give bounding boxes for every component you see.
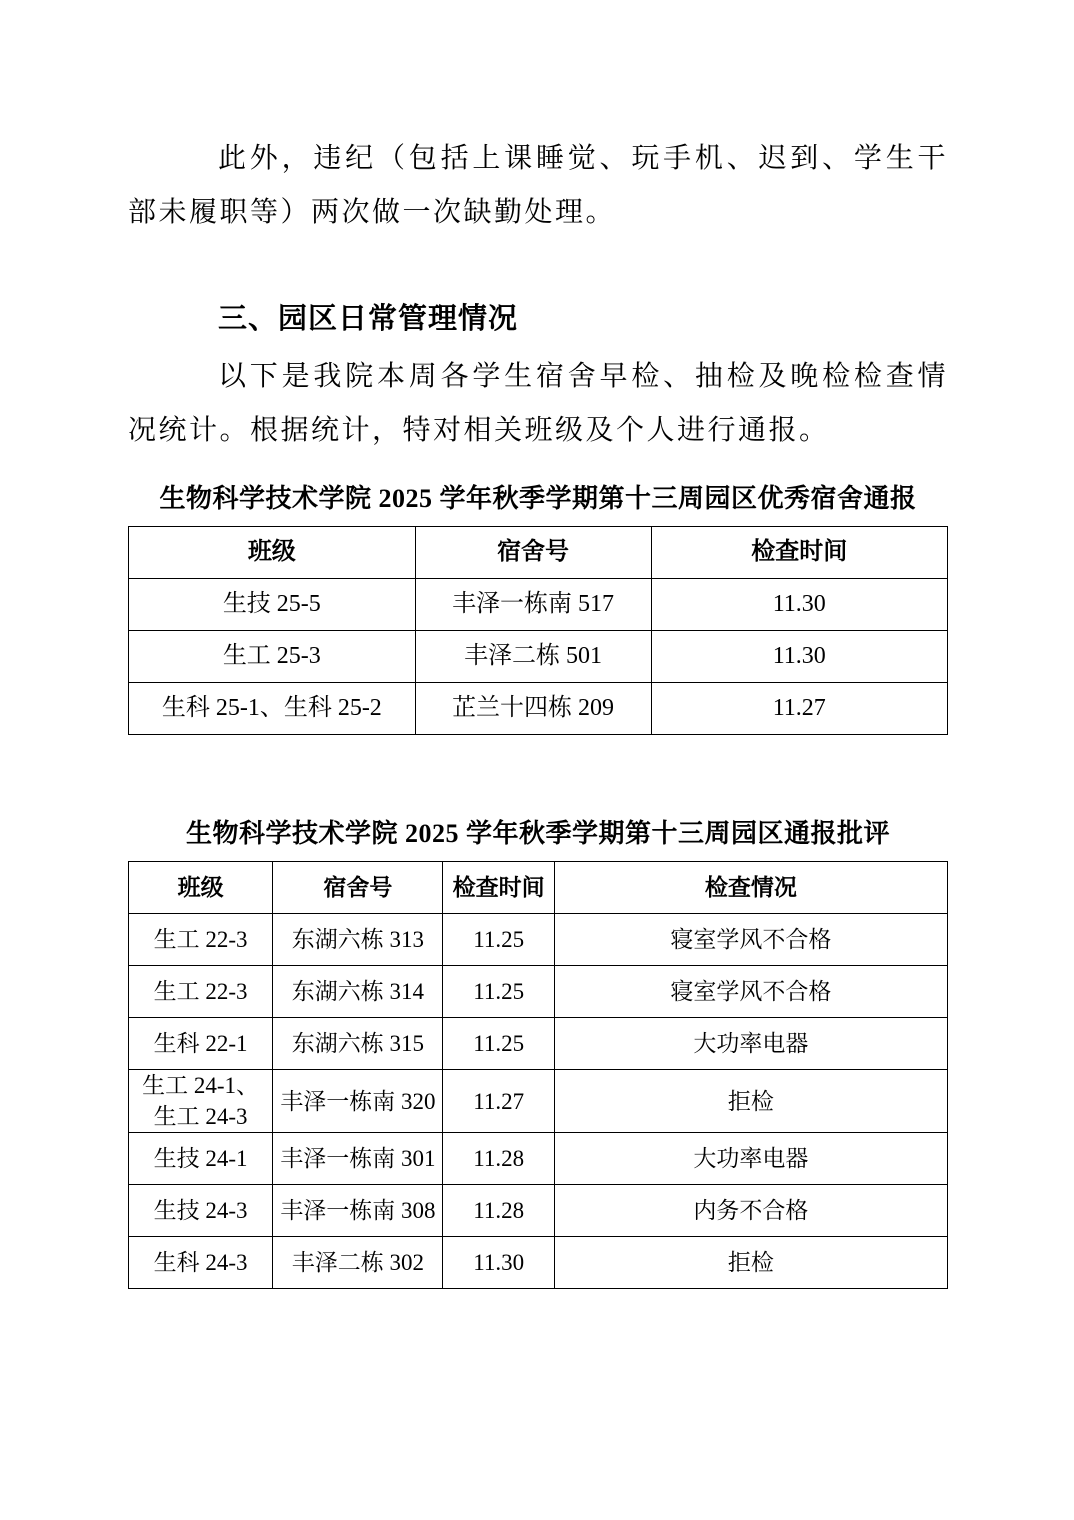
section-heading: 三、园区日常管理情况 [128,292,948,346]
table-cell: 东湖六栋 313 [273,914,443,966]
excellent-dorm-table: 班级 宿舍号 检查时间 生技 25-5丰泽一栋南 51711.30生工 25-3… [128,526,948,735]
table-cell: 11.27 [651,683,948,735]
column-header-check-result: 检查情况 [554,862,947,914]
table-cell: 大功率电器 [554,1018,947,1070]
table-row: 生工 24-1、生工 24-3丰泽一栋南 32011.27拒检 [129,1070,948,1133]
criticism-table-title: 生物科学技术学院 2025 学年秋季学期第十三周园区通报批评 [128,813,948,855]
document-page: 此外，违纪（包括上课睡觉、玩手机、迟到、学生干部未履职等）两次做一次缺勤处理。 … [0,0,1074,1520]
column-header-check-time: 检查时间 [443,862,554,914]
table-row: 生工 22-3东湖六栋 31411.25寝室学风不合格 [129,966,948,1018]
table-cell: 生工 24-1、生工 24-3 [129,1070,273,1133]
table-cell: 丰泽二栋 302 [273,1237,443,1289]
table-header-row: 班级 宿舍号 检查时间 [129,527,948,579]
table-cell: 丰泽一栋南 517 [415,579,651,631]
paragraph-intro: 以下是我院本周各学生宿舍早检、抽检及晚检检查情况统计。根据统计，特对相关班级及个… [128,350,948,458]
table-cell: 丰泽一栋南 320 [273,1070,443,1133]
table-cell: 大功率电器 [554,1133,947,1185]
table-cell: 11.28 [443,1185,554,1237]
table-cell: 东湖六栋 315 [273,1018,443,1070]
table-cell: 11.30 [651,631,948,683]
column-header-dorm-number: 宿舍号 [415,527,651,579]
table-cell: 11.27 [443,1070,554,1133]
table-cell: 生科 25-1、生科 25-2 [129,683,416,735]
table-cell: 芷兰十四栋 209 [415,683,651,735]
table-cell: 生技 24-1 [129,1133,273,1185]
table-row: 生工 22-3东湖六栋 31311.25寝室学风不合格 [129,914,948,966]
table-cell: 丰泽一栋南 308 [273,1185,443,1237]
table-cell: 11.25 [443,1018,554,1070]
table-cell: 丰泽二栋 501 [415,631,651,683]
table-cell: 丰泽一栋南 301 [273,1133,443,1185]
excellent-table-title: 生物科学技术学院 2025 学年秋季学期第十三周园区优秀宿舍通报 [128,478,948,520]
table-cell: 生科 24-3 [129,1237,273,1289]
table-cell: 11.30 [651,579,948,631]
paragraph-discipline: 此外，违纪（包括上课睡觉、玩手机、迟到、学生干部未履职等）两次做一次缺勤处理。 [128,132,948,240]
column-header-class: 班级 [129,527,416,579]
column-header-dorm-number: 宿舍号 [273,862,443,914]
table-cell: 生工 22-3 [129,914,273,966]
table-cell: 拒检 [554,1237,947,1289]
table-cell: 寝室学风不合格 [554,966,947,1018]
table-cell: 内务不合格 [554,1185,947,1237]
table-row: 生科 24-3丰泽二栋 30211.30拒检 [129,1237,948,1289]
table-cell: 寝室学风不合格 [554,914,947,966]
table-row: 生技 25-5丰泽一栋南 51711.30 [129,579,948,631]
table-cell: 生工 25-3 [129,631,416,683]
table-cell: 11.25 [443,966,554,1018]
table-cell: 11.28 [443,1133,554,1185]
column-header-class: 班级 [129,862,273,914]
table-row: 生科 25-1、生科 25-2芷兰十四栋 20911.27 [129,683,948,735]
table-cell: 东湖六栋 314 [273,966,443,1018]
table-row: 生科 22-1东湖六栋 31511.25大功率电器 [129,1018,948,1070]
table-row: 生工 25-3丰泽二栋 50111.30 [129,631,948,683]
table-cell: 生技 25-5 [129,579,416,631]
table-cell: 生工 22-3 [129,966,273,1018]
table-cell: 拒检 [554,1070,947,1133]
table-cell: 11.30 [443,1237,554,1289]
table-row: 生技 24-3丰泽一栋南 30811.28内务不合格 [129,1185,948,1237]
table-cell: 生技 24-3 [129,1185,273,1237]
criticism-table: 班级 宿舍号 检查时间 检查情况 生工 22-3东湖六栋 31311.25寝室学… [128,861,948,1289]
table-cell: 11.25 [443,914,554,966]
table-row: 生技 24-1丰泽一栋南 30111.28大功率电器 [129,1133,948,1185]
table-header-row: 班级 宿舍号 检查时间 检查情况 [129,862,948,914]
table-cell: 生科 22-1 [129,1018,273,1070]
column-header-check-time: 检查时间 [651,527,948,579]
